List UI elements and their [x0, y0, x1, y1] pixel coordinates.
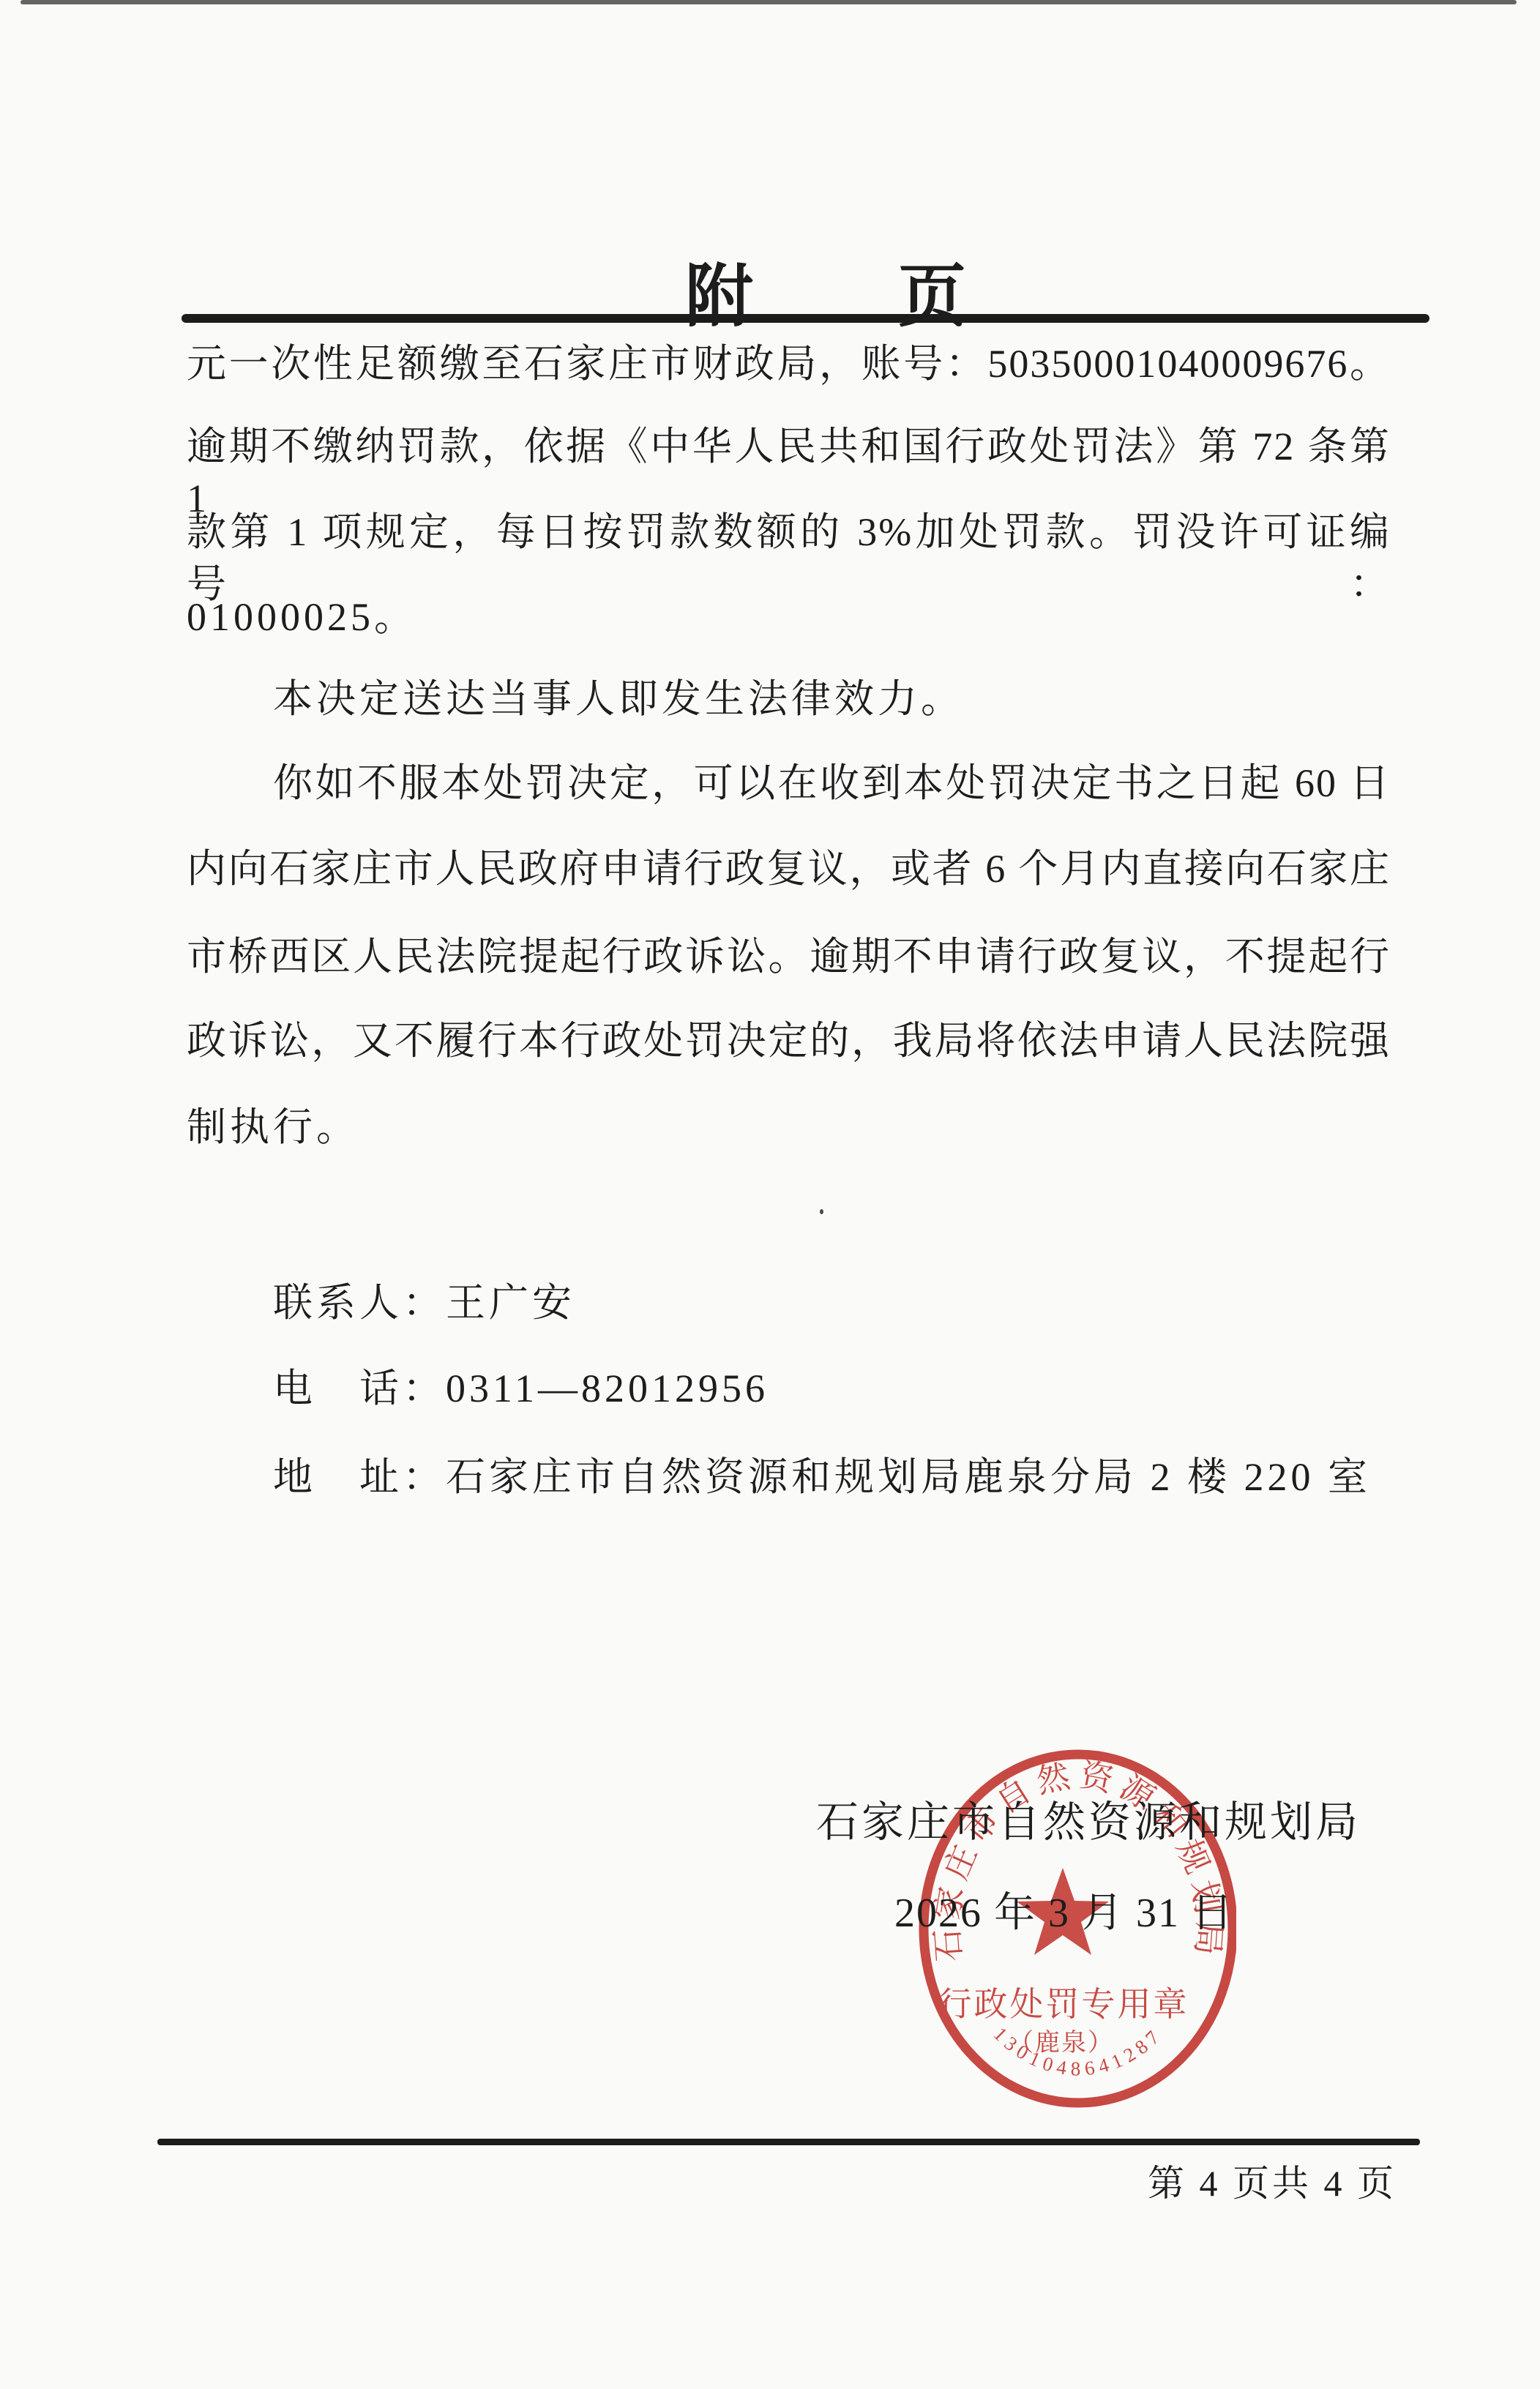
page-title: 附 页	[685, 242, 969, 340]
contact-phone-line: 电 话：0311—82012956	[273, 1363, 769, 1415]
body-line: 01000025。	[187, 591, 417, 643]
footer-rule	[157, 2139, 1420, 2145]
scan-speck-artifact	[820, 1209, 823, 1214]
document-page: 附 页 元一次性足额缴至石家庄市财政局，账号：50350001040009676…	[0, 0, 1540, 2389]
signature-date: 2026 年 3 月 31 日	[894, 1887, 1234, 1941]
body-line: 政诉讼，又不履行本行政处罚决定的，我局将依法申请人民法院强	[187, 1015, 1391, 1067]
seal-label: 行政处罚专用章	[938, 1986, 1189, 2023]
title-rule	[182, 314, 1429, 323]
body-line: 市桥西区人民法院提起行政诉讼。逾期不申请行政复议，不提起行	[187, 931, 1391, 983]
contact-person-line: 联系人：王广安	[273, 1277, 575, 1329]
signature-agency: 石家庄市自然资源和规划局	[816, 1795, 1361, 1851]
scan-edge-artifact	[20, 0, 1517, 4]
body-line: 你如不服本处罚决定，可以在收到本处罚决定书之日起 60 日	[273, 758, 1391, 810]
page-footer: 第 4 页共 4 页	[1148, 2159, 1397, 2207]
body-line: 本决定送达当事人即发生法律效力。	[273, 673, 964, 725]
body-line: 元一次性足额缴至石家庄市财政局，账号：50350001040009676。	[187, 338, 1391, 390]
body-line: 制执行。	[187, 1102, 359, 1154]
body-line: 内向石家庄市人民政府申请行政复议，或者 6 个月内直接向石家庄	[187, 843, 1391, 895]
contact-address-line: 地 址：石家庄市自然资源和规划局鹿泉分局 2 楼 220 室	[273, 1451, 1371, 1503]
